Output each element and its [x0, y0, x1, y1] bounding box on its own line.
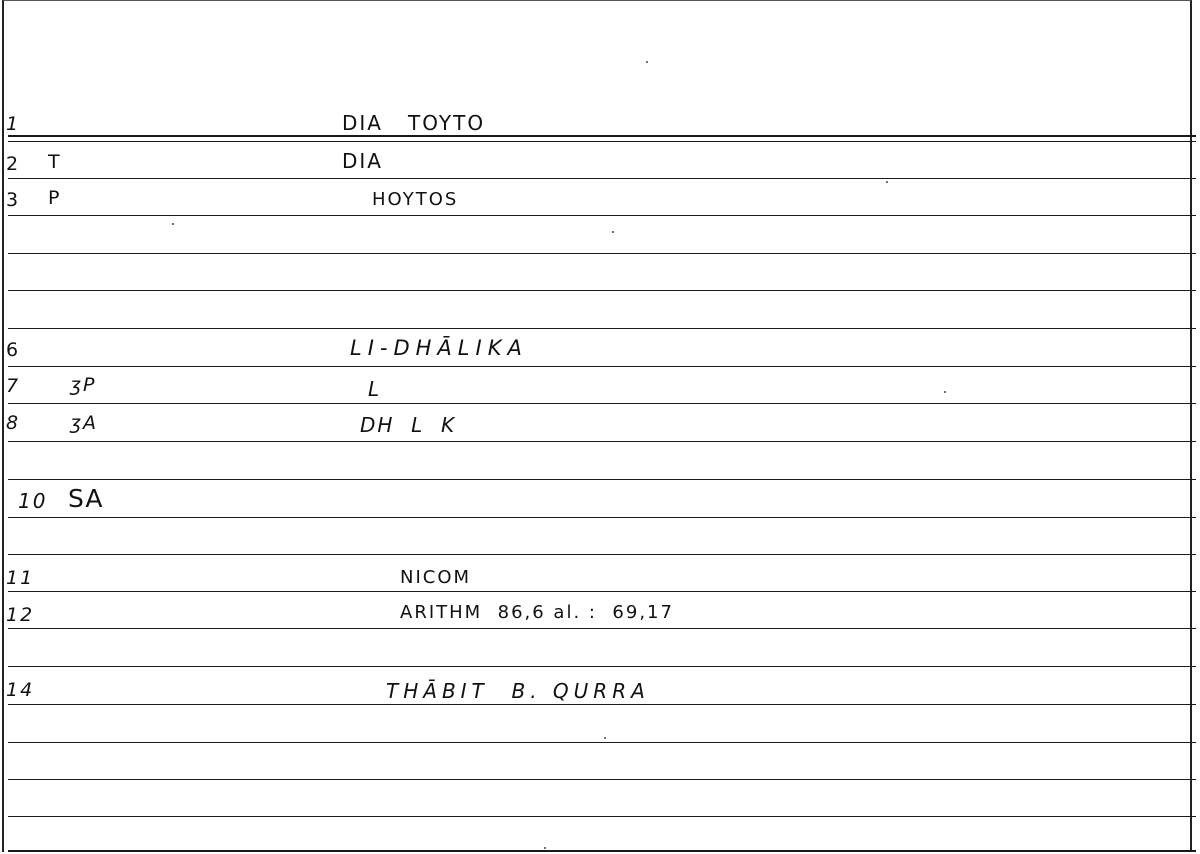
ruled-line: [8, 141, 1196, 142]
code-mark: T: [48, 153, 62, 172]
line-number: 3: [6, 191, 20, 210]
scan-speck: [544, 847, 546, 849]
scan-speck: [604, 737, 606, 739]
ruled-line: [8, 779, 1196, 780]
ruled-line: [8, 215, 1196, 216]
entry-text: LI-DHĀLIKA: [350, 338, 528, 359]
line-number: 7: [6, 377, 20, 396]
ruled-line: [8, 253, 1196, 254]
entry-text: HOYTOS: [372, 191, 458, 209]
line-number: 8: [6, 414, 20, 433]
ruled-line: [8, 591, 1196, 592]
entry-text: ARITHM 86,6 al. : 69,17: [400, 604, 674, 622]
line-number: 10: [18, 491, 47, 511]
entry-text: DH L K: [360, 415, 456, 435]
ruled-line: [8, 666, 1196, 667]
line-number: 1: [6, 115, 20, 134]
handwritten-index-card: 1 DIA TOYTO 2 T DIA 3 P HOYTOS 6 LI-DHĀL…: [2, 0, 1192, 852]
scan-speck: [172, 223, 174, 225]
code-mark: P: [48, 189, 61, 208]
ruled-line: [8, 403, 1196, 404]
entry-text: NICOM: [400, 569, 471, 587]
ruled-line: [8, 135, 1196, 137]
entry-text: L: [368, 379, 382, 399]
ruled-line: [8, 328, 1196, 329]
ruled-line: [8, 628, 1196, 629]
line-number: 12: [6, 606, 34, 625]
ruled-line: [8, 742, 1196, 743]
line-number: 6: [6, 341, 20, 360]
scan-speck: [646, 61, 648, 63]
scan-speck: [612, 231, 614, 233]
entry-text: DIA: [342, 151, 383, 171]
ruled-line: [8, 479, 1196, 480]
ruled-line: [8, 290, 1196, 291]
scan-speck: [944, 391, 946, 393]
ruled-line: [8, 517, 1196, 518]
code-mark: ʒP: [70, 376, 96, 395]
ruled-line: [8, 554, 1196, 555]
ruled-line: [8, 850, 1196, 852]
entry-text: DIA TOYTO: [342, 113, 485, 133]
code-mark: SA: [68, 486, 103, 511]
line-number: 11: [6, 569, 34, 588]
code-mark: ʒA: [70, 414, 98, 433]
line-number: 2: [6, 155, 20, 174]
entry-text: THĀBIT B. QURRA: [386, 681, 650, 701]
ruled-line: [8, 816, 1196, 817]
line-number: 14: [6, 681, 34, 700]
ruled-line: [8, 441, 1196, 442]
ruled-line: [8, 178, 1196, 179]
ruled-line: [8, 704, 1196, 705]
scan-speck: [886, 181, 888, 183]
ruled-line: [8, 366, 1196, 367]
